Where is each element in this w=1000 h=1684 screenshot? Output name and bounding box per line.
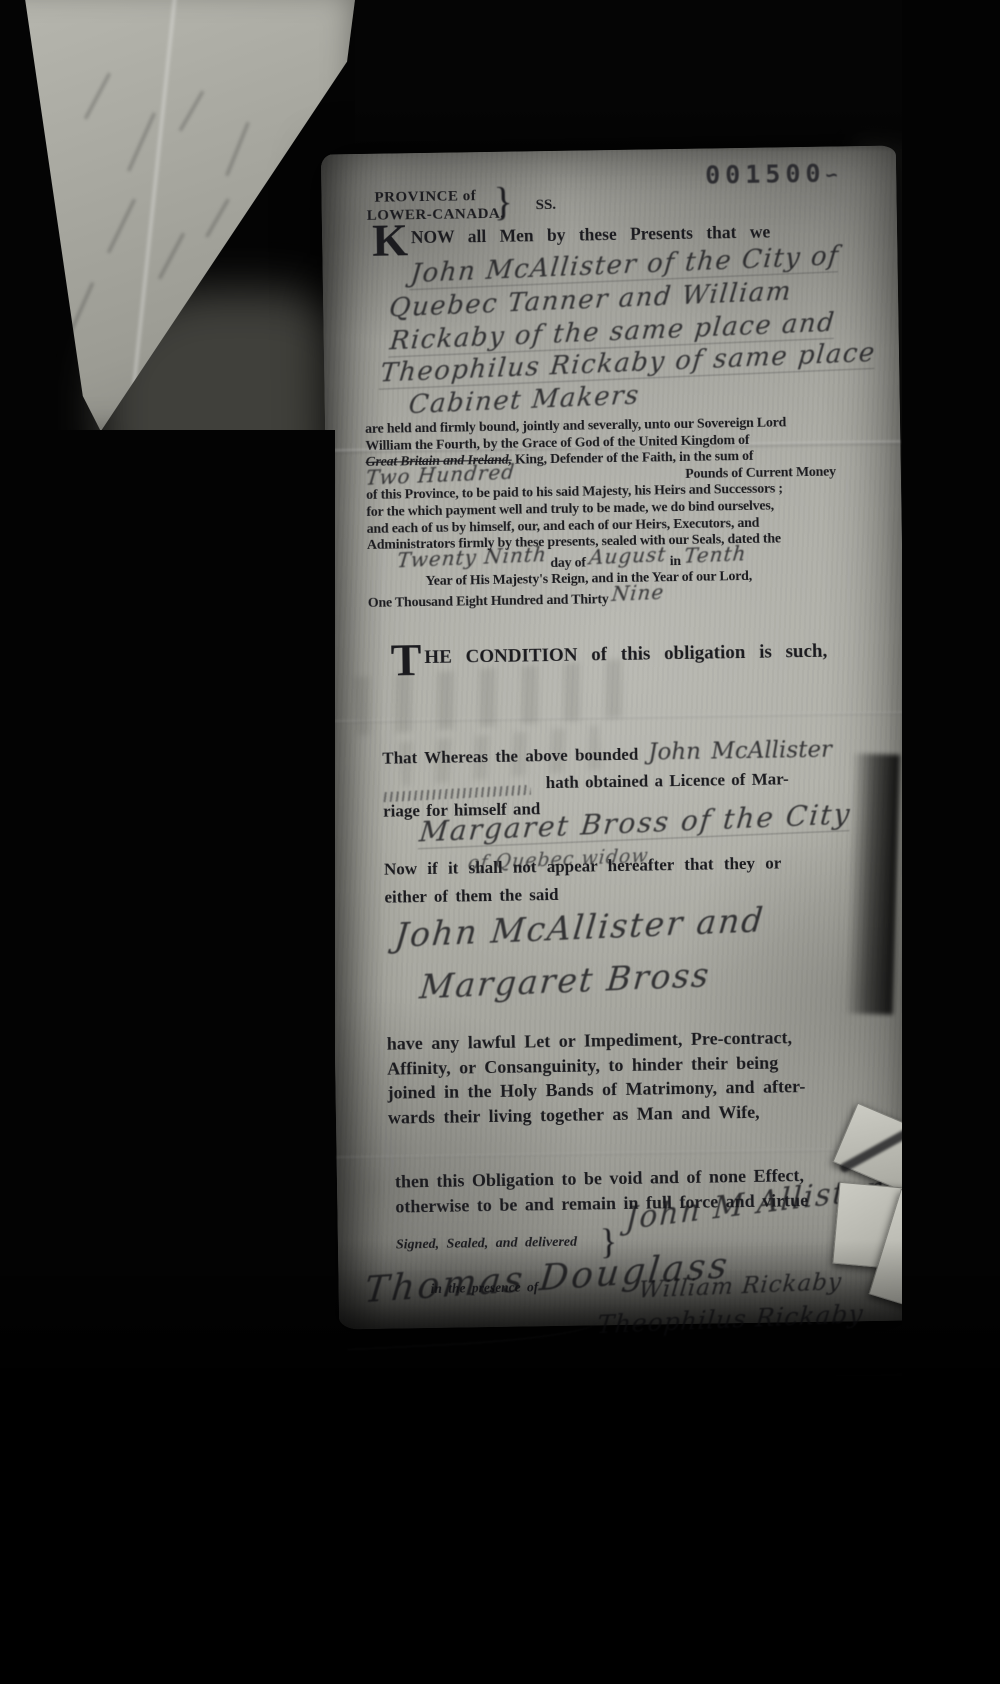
torn-edge-shadow bbox=[845, 753, 900, 1014]
signed-sealed-label: Signed, Sealed, and delivered bbox=[396, 1235, 577, 1254]
scilicet-abbreviation: SS. bbox=[536, 197, 557, 214]
in-label: in bbox=[670, 554, 681, 569]
month-script: August bbox=[588, 546, 667, 566]
condition-text: HE CONDITION of this obligation is such, bbox=[424, 641, 827, 668]
fold-crease bbox=[330, 711, 905, 723]
opening-text: NOW all Men by these Presents that we bbox=[411, 222, 771, 248]
bond-clause: are held and firmly bound, jointly and s… bbox=[365, 415, 838, 613]
fold-crease bbox=[337, 1147, 912, 1159]
whereas-line: Now if it shall not appear hereafter tha… bbox=[384, 853, 782, 879]
year-printed: One Thousand Eight Hundred and Thirty bbox=[368, 592, 609, 611]
dropcap-t: T bbox=[390, 634, 421, 685]
frame-dark-edge-left bbox=[0, 430, 335, 1410]
signature-flourish bbox=[347, 1322, 597, 1351]
groom-name-large-script: John McAllister and bbox=[393, 900, 766, 955]
dropcap-k: K bbox=[372, 214, 409, 266]
whereas-lead: That Whereas the above bounded bbox=[382, 745, 638, 768]
bond-line-rest: King, Defender of the Faith, in the sum … bbox=[515, 449, 753, 468]
stamp-mark: ∽ bbox=[825, 162, 837, 186]
regnal-year-script: Tenth bbox=[683, 545, 747, 564]
witness-signature-right2: Theophilus Rickaby bbox=[596, 1299, 865, 1339]
day-of-label: day of bbox=[550, 555, 586, 571]
whereas-line: hath obtained a Licence of Mar- bbox=[546, 769, 789, 793]
stamp-digits: 001500 bbox=[705, 159, 826, 190]
condition-heading: THE CONDITION of this obligation is such… bbox=[391, 639, 828, 676]
groom-name-script: John McAllister bbox=[648, 737, 832, 766]
impediment-clause: have any lawful Let or Impediment, Pre-c… bbox=[387, 1025, 806, 1130]
province-heading-line1: PROVINCE of bbox=[374, 188, 476, 207]
bride-name-large-script: Margaret Bross bbox=[418, 955, 712, 1006]
microfilm-frame: 001500∽ PROVINCE of LOWER-CANADA. } SS. … bbox=[0, 0, 1000, 1684]
heading-brace: } bbox=[493, 178, 513, 225]
sum-script: Two Hundred bbox=[365, 463, 516, 486]
year-script: Nine bbox=[611, 584, 665, 603]
whereas-line: That Whereas the above boundedJohn McAll… bbox=[382, 737, 832, 770]
frame-dark-bottom bbox=[0, 1395, 1000, 1684]
day-script: Twenty Ninth bbox=[396, 546, 547, 569]
ink-stain bbox=[243, 224, 313, 298]
whereas-line: either of them the said bbox=[384, 885, 558, 908]
archive-stamp-number: 001500∽ bbox=[705, 158, 838, 189]
document-page: 001500∽ PROVINCE of LOWER-CANADA. } SS. … bbox=[321, 146, 914, 1330]
currency-text: Pounds of Current Money bbox=[685, 464, 836, 483]
